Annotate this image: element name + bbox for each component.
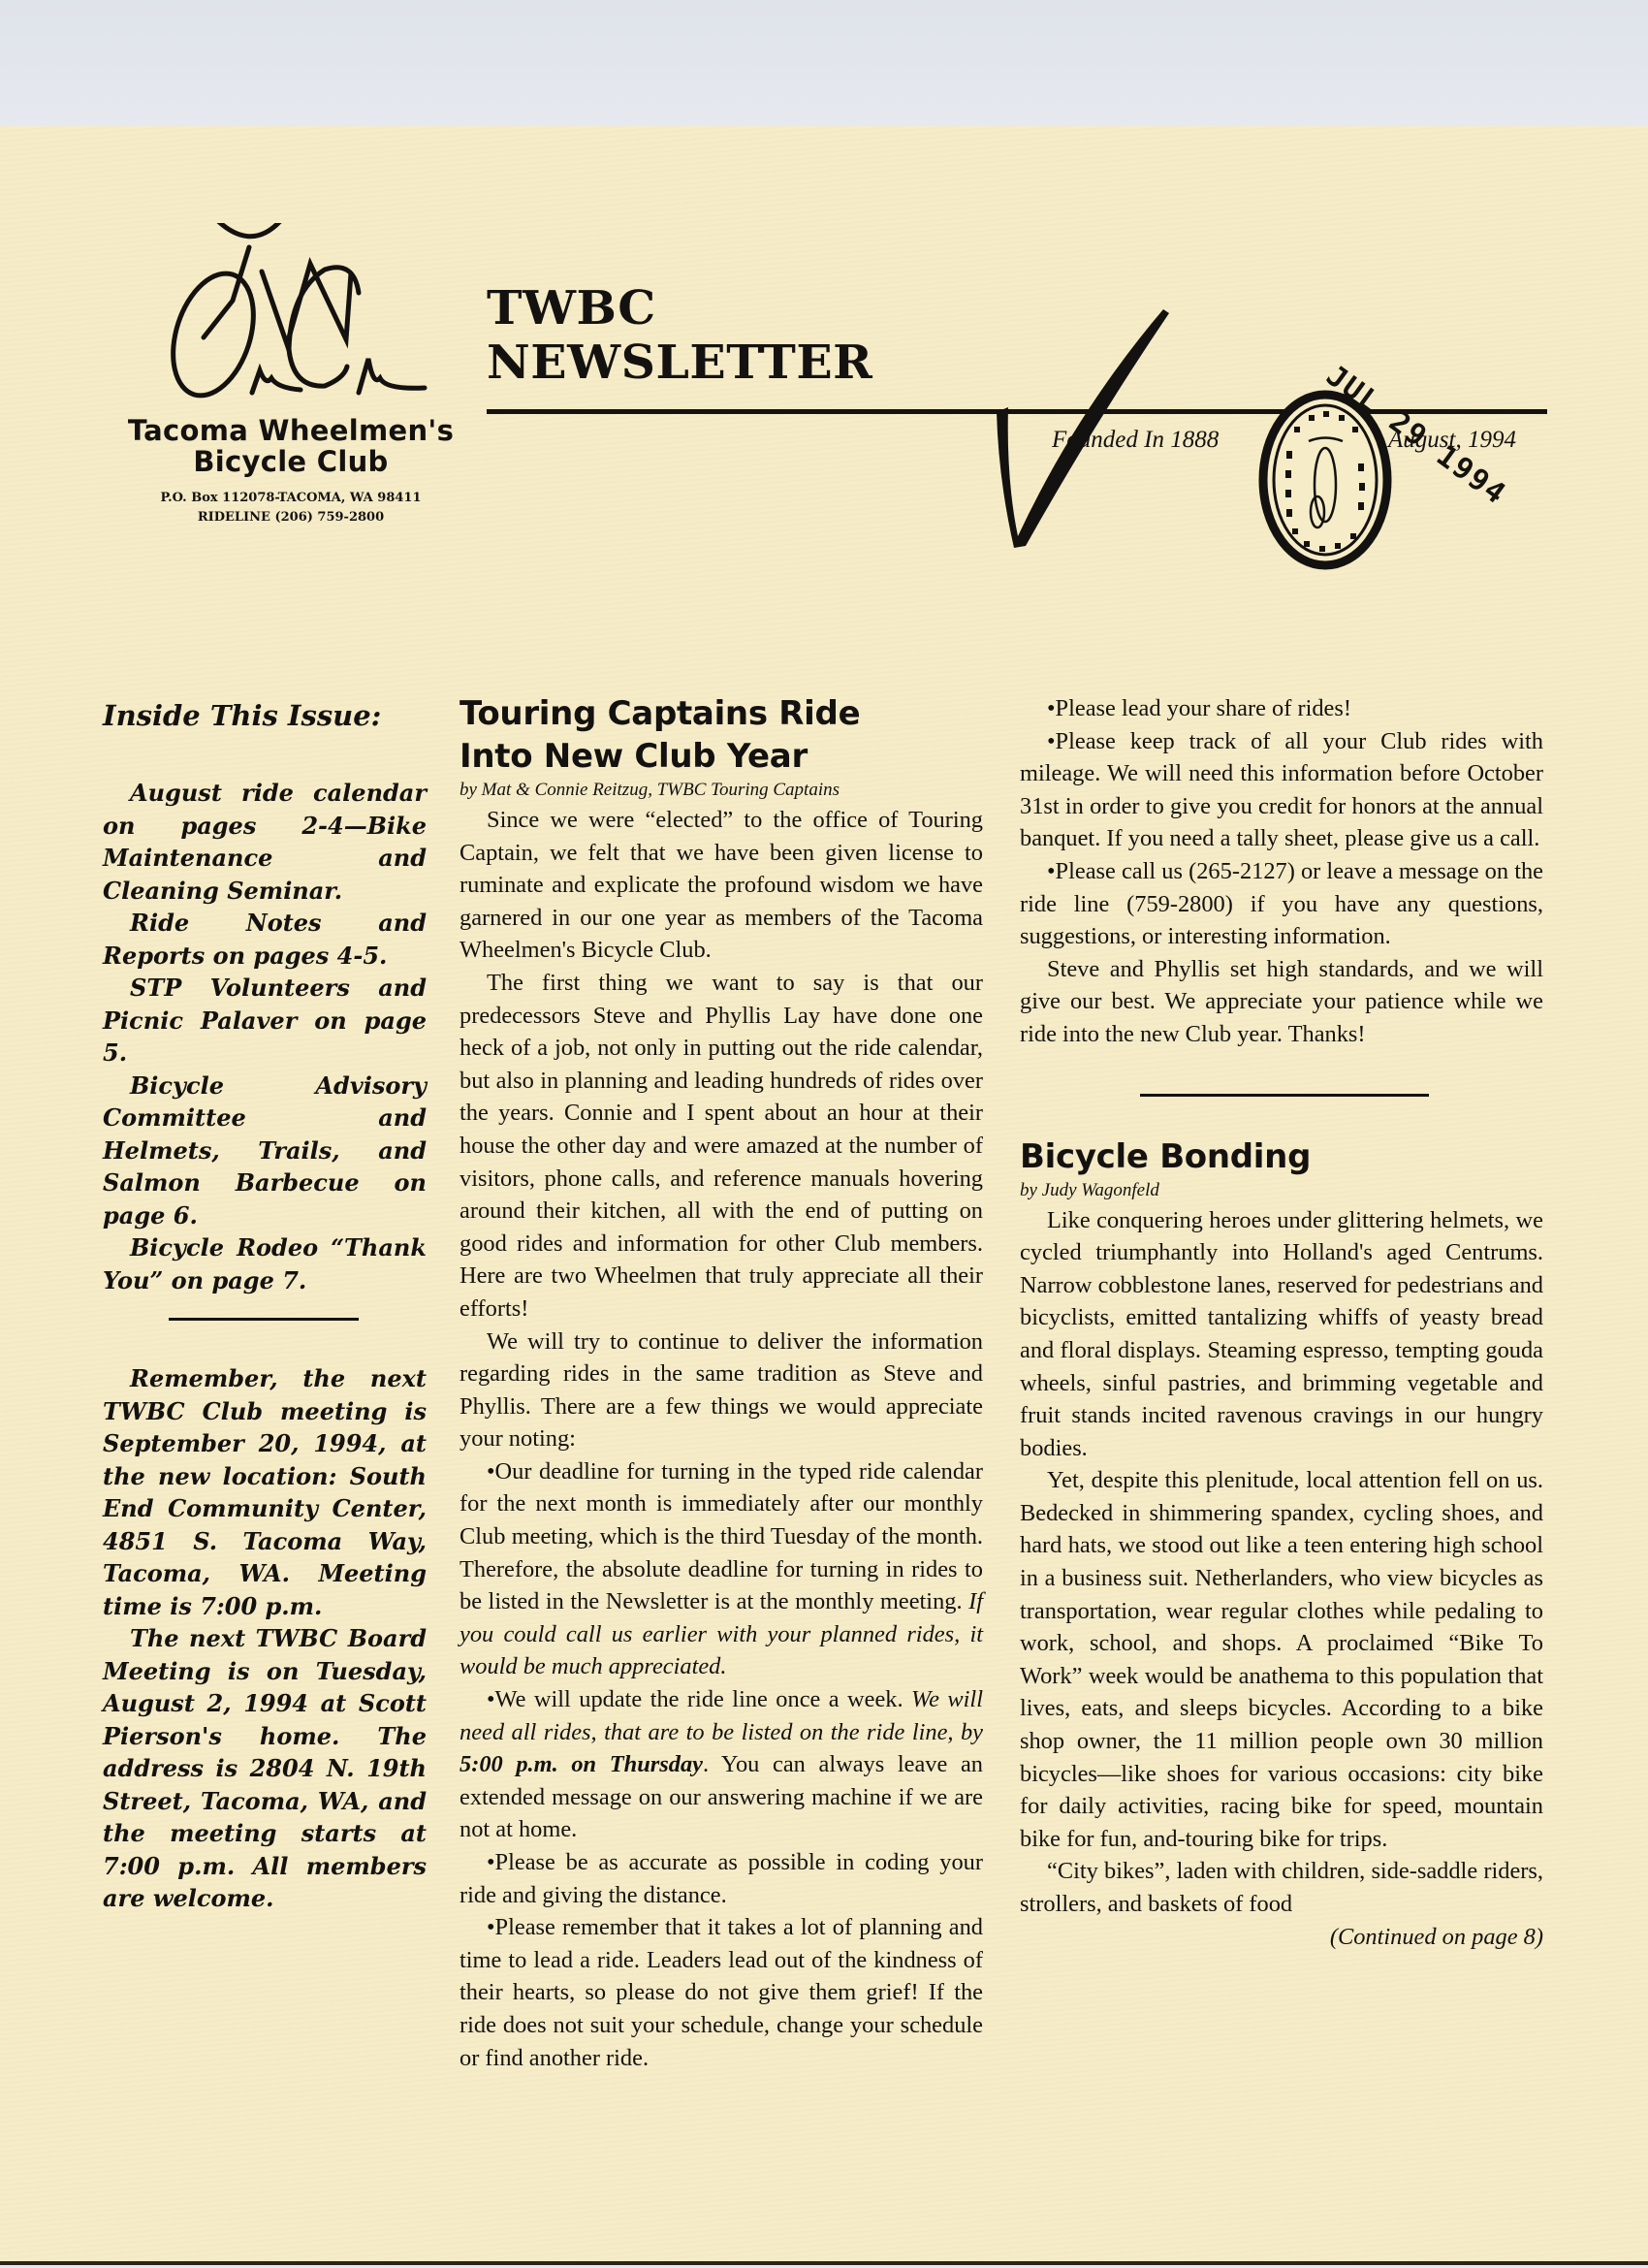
paragraph: We will try to continue to deliver the i… [460,1326,983,1455]
bullet-strong-emphasis: 5:00 p.m. on Thursday [460,1751,703,1777]
bicycle-logo-icon [165,223,446,417]
article-byline: by Judy Wagonfeld [1020,1178,1543,1203]
toc-item: Ride Notes and Reports on pages 4-5. [103,907,427,972]
board-meeting-notice: The next TWBC Board Meeting is on Tuesda… [103,1622,427,1915]
inside-this-issue-sidebar: Inside This Issue: August ride calendar … [103,698,427,1915]
bullet-lead-share: •Please lead your share of rides! [1020,692,1543,725]
toc-item: Bicycle Advisory Committee and Helmets, … [103,1070,427,1232]
sidebar-heading: Inside This Issue: [103,698,427,733]
club-logo-block: Tacoma Wheelmen's Bicycle Club P.O. Box … [107,223,475,527]
paragraph: “City bikes”, laden with children, side-… [1020,1855,1543,1920]
bullet-track-mileage: •Please keep track of all your Club ride… [1020,725,1543,855]
article-byline: by Mat & Connie Reitzug, TWBC Touring Ca… [460,778,983,803]
bullet-contact: •Please call us (265-2127) or leave a me… [1020,855,1543,953]
club-address: P.O. Box 112078-TACOMA, WA 98411 [107,489,475,508]
article-headline: Bicycle Bonding [1020,1135,1543,1178]
article-headline-line1: Touring Captains Ride [460,692,983,735]
bullet-planning: •Please remember that it takes a lot of … [460,1911,983,2074]
article-headline-line2: Into New Club Year [460,735,983,778]
title-line-2: NEWSLETTER [487,335,872,390]
bullet-accuracy: •Please be as accurate as possible in co… [460,1846,983,1911]
club-name-line2: Bicycle Club [107,444,475,479]
article-divider [1140,1094,1429,1097]
toc-item: August ride calendar on pages 2-4—Bike M… [103,777,427,907]
scanner-background [0,0,1648,128]
paragraph: The first thing we want to say is that o… [460,967,983,1326]
newsletter-title: TWBC NEWSLETTER [487,281,866,390]
newsletter-page: Tacoma Wheelmen's Bicycle Club P.O. Box … [0,126,1648,2265]
title-line-1: TWBC [487,281,872,335]
bullet-ride-line: •We will update the ride line once a wee… [460,1683,983,1846]
article-touring-captains: Touring Captains Ride Into New Club Year… [460,692,983,2074]
club-name-line1: Tacoma Wheelmen's [107,413,475,448]
paragraph: Since we were “elected” to the office of… [460,804,983,967]
closing-paragraph: Steve and Phyllis set high standards, an… [1020,953,1543,1051]
toc-item: Bicycle Rodeo “Thank You” on page 7. [103,1231,427,1296]
bullet-text: •Our deadline for turning in the typed r… [460,1458,983,1614]
paragraph: Like conquering heroes under glittering … [1020,1204,1543,1465]
continued-link: (Continued on page 8) [1020,1921,1543,1954]
bullet-text: •We will update the ride line once a wee… [487,1686,911,1712]
founded-text: Founded In 1888 [1052,427,1219,454]
paragraph: Yet, despite this plenitude, local atten… [1020,1464,1543,1855]
bullet-deadline: •Our deadline for turning in the typed r… [460,1455,983,1683]
right-column: . •Please lead your share of rides! •Ple… [1020,692,1543,1953]
club-meeting-notice: Remember, the next TWBC Club meeting is … [103,1362,427,1622]
club-rideline: RIDELINE (206) 759-2800 [107,508,475,527]
sidebar-divider [169,1318,359,1321]
toc-item: STP Volunteers and Picnic Palaver on pag… [103,972,427,1070]
